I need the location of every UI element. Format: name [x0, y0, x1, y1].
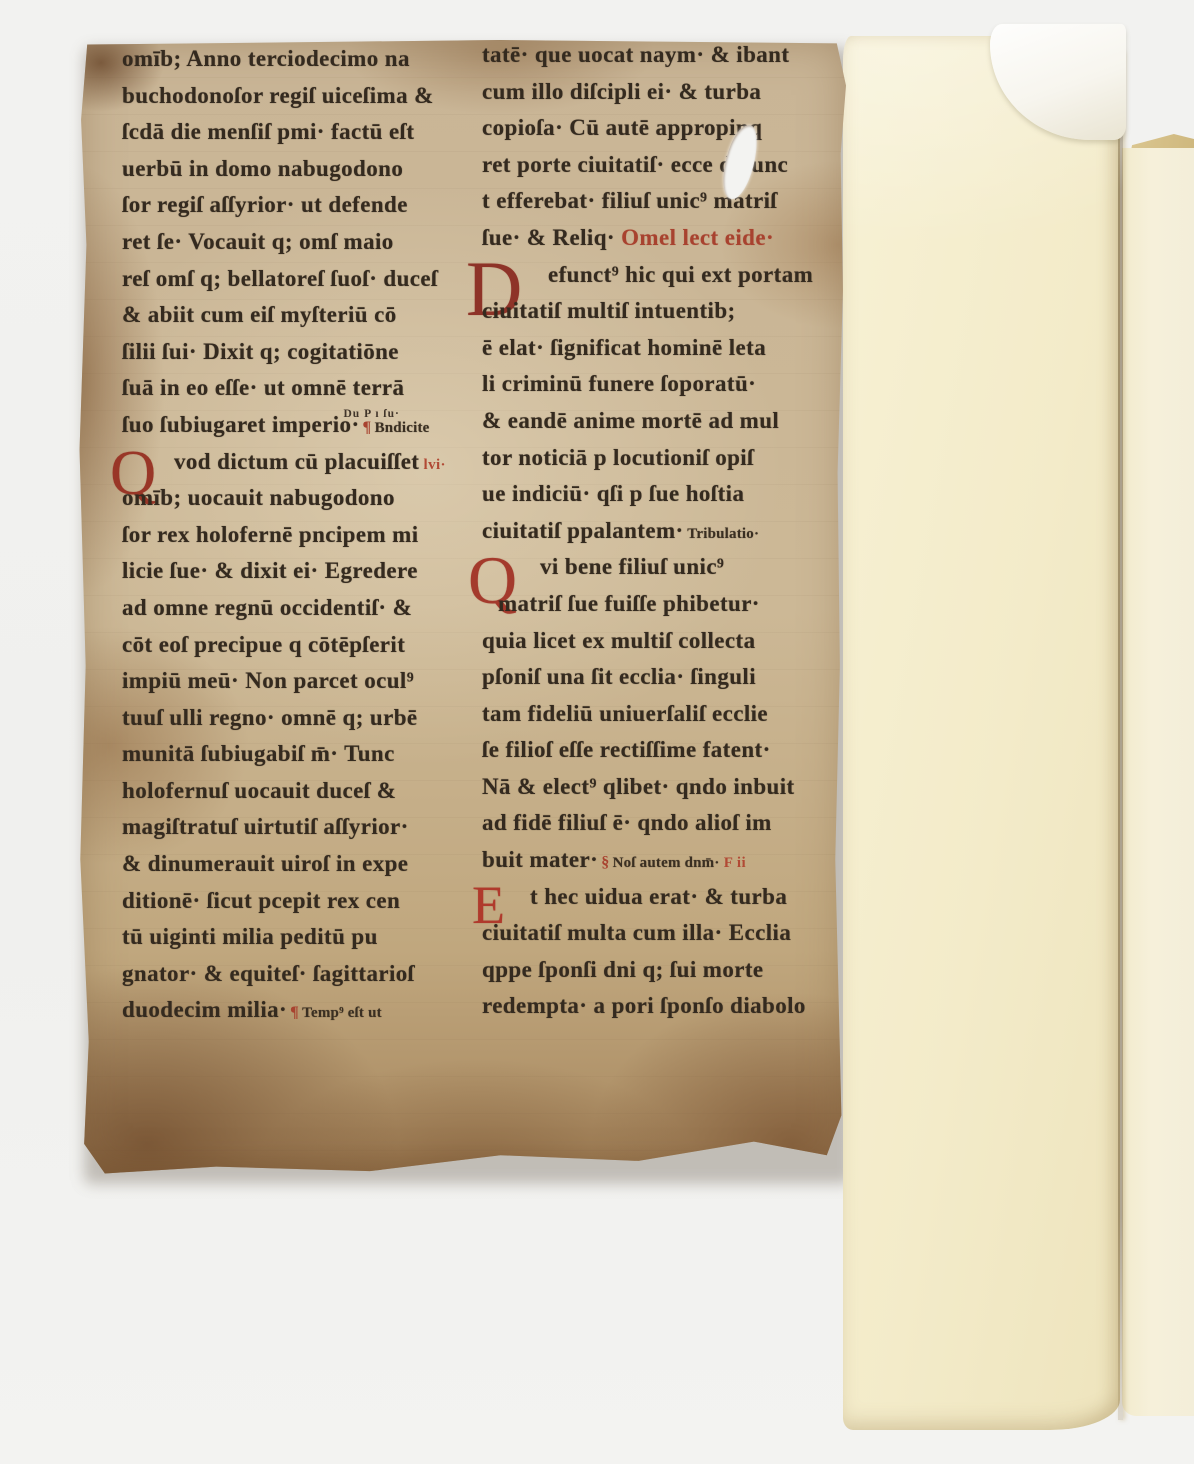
text-line: tam fideliū uniuerſaliſ ecclie: [482, 701, 854, 738]
text-line: ditionē· ſicut pcepit rex cen: [122, 888, 494, 925]
text-run: matriſ ſue fuiſſe phibetur·: [498, 591, 760, 616]
text-line: pſoniſ una ſit ecclia· ſinguli: [482, 664, 854, 701]
text-run: ad omne regnū occidentiſ· &: [122, 595, 412, 620]
text-line: ciuitatiſ multa cum illa· Ecclia: [482, 920, 854, 957]
text-run: redempta· a pori ſponſo diabolo: [482, 993, 806, 1018]
text-line: gnator· & equiteſ· ſagittarioſ: [122, 961, 494, 998]
text-line: uerbū in domo nabugodono: [122, 156, 494, 193]
text-run: ſcdā die menſiſ pmi· factū eſt: [122, 119, 414, 144]
text-line: tuuſ ulli regno· omnē q; urbē: [122, 705, 494, 742]
flyleaf-page: [843, 36, 1120, 1430]
text-run: ſe filioſ eſſe rectiſſime fatent·: [482, 737, 771, 762]
text-line: t efferebat· filiuſ unic⁹ matriſ: [482, 188, 854, 225]
text-line: ſor regiſ aſſyrior· ut defende: [122, 192, 494, 229]
text-run: ſor rex holofernē pncipem mi: [122, 522, 419, 547]
text-line: Nā & elect⁹ qlibet· qndo inbuit: [482, 774, 854, 811]
text-run: quia licet ex multiſ collecta: [482, 628, 755, 653]
text-line: tor noticiā p locutioniſ opiſ: [482, 445, 854, 482]
text-run: tor noticiā p locutioniſ opiſ: [482, 445, 754, 470]
text-run: qppe ſponſi dni q; ſui morte: [482, 957, 764, 982]
text-line: holofernuſ uocauit duceſ &: [122, 778, 494, 815]
text-line: omīb; Anno terciodecimo na: [122, 46, 494, 83]
text-line: magiſtratuſ uirtutiſ aſſyrior·: [122, 814, 494, 851]
text-run: impiū meū· Non parcet ocul⁹: [122, 668, 414, 693]
text-line: ſuo ſubiugaret imperio·¶BndiciteDu P ı ſ…: [122, 412, 494, 449]
text-run: ciuitatiſ multa cum illa· Ecclia: [482, 920, 791, 945]
rubric-text: lvi·: [419, 457, 446, 473]
text-line: impiū meū· Non parcet ocul⁹: [122, 668, 494, 705]
text-run: vod dictum cū placuiſſet: [174, 449, 419, 474]
text-run: ciuitatiſ multiſ intuentib;: [482, 298, 736, 323]
text-line: Qvi bene filiuſ unic⁹: [482, 554, 854, 591]
marginal-gloss: Bndicite: [375, 420, 430, 436]
text-line: matriſ ſue fuiſſe phibetur·: [482, 591, 854, 628]
text-run: ſilii ſui· Dixit q; cogitatiōne: [122, 339, 399, 364]
text-column-left: omīb; Anno terciodecimo nabuchodonoſor r…: [122, 46, 494, 1034]
text-run: Nā & elect⁹ qlibet· qndo inbuit: [482, 774, 795, 799]
text-run: uerbū in domo nabugodono: [122, 156, 403, 181]
text-line: & abiit cum eiſ myſteriū cō: [122, 302, 494, 339]
text-run: efunct⁹ hic qui ext portam: [548, 262, 813, 287]
text-line: buit mater·§Noſ autem dnm̄· F ii: [482, 847, 854, 884]
text-line: munitā ſubiugabiſ m̄· Tunc: [122, 741, 494, 778]
text-line: cum illo diſcipli ei· & turba: [482, 79, 854, 116]
text-line: ciuitatiſ ppalantem· Tribulatio·: [482, 518, 854, 555]
text-line: duodecim milia·¶Temp⁹ eſt ut: [122, 997, 494, 1034]
text-run: vi bene filiuſ unic⁹: [540, 554, 724, 579]
text-run: li criminū funere ſoporatū·: [482, 371, 756, 396]
text-run: omīb; Anno terciodecimo na: [122, 46, 410, 71]
text-line: copioſa· Cū autē appropinq: [482, 115, 854, 152]
text-line: Et hec uidua erat· & turba: [482, 884, 854, 921]
text-run: omīb; uocauit nabugodono: [122, 485, 395, 510]
text-line: ſcdā die menſiſ pmi· factū eſt: [122, 119, 494, 156]
text-line: ad omne regnū occidentiſ· &: [122, 595, 494, 632]
text-line: reſ omſ q; bellatoreſ ſuoſ· duceſ: [122, 266, 494, 303]
text-line: omīb; uocauit nabugodono: [122, 485, 494, 522]
text-line: Defunct⁹ hic qui ext portam: [482, 262, 854, 299]
text-line: licie ſue· & dixit ei· Egredere: [122, 558, 494, 595]
text-line: ue indiciū· qſi p ſue hoſtia: [482, 481, 854, 518]
text-line: li criminū funere ſoporatū·: [482, 371, 854, 408]
text-line: ē elat· ſignificat hominē leta: [482, 335, 854, 372]
text-run: ē elat· ſignificat hominē leta: [482, 335, 766, 360]
text-line: ſilii ſui· Dixit q; cogitatiōne: [122, 339, 494, 376]
text-run: ditionē· ſicut pcepit rex cen: [122, 888, 400, 913]
text-line: Qvod dictum cū placuiſſet lvi·: [122, 449, 494, 486]
text-line: ad fidē filiuſ ē· qndo alioſ im: [482, 810, 854, 847]
text-run: reſ omſ q; bellatoreſ ſuoſ· duceſ: [122, 266, 438, 291]
text-run: buchodonoſor regiſ uiceſima &: [122, 83, 434, 108]
text-run: duodecim milia·: [122, 997, 287, 1022]
text-run: cōt eoſ precipue q cōtēpſerit: [122, 632, 405, 657]
text-run: tuuſ ulli regno· omnē q; urbē: [122, 705, 418, 730]
text-run: tū uiginti milia peditū pu: [122, 924, 378, 949]
text-run: licie ſue· & dixit ei· Egredere: [122, 558, 418, 583]
text-run: ſor regiſ aſſyrior· ut defende: [122, 192, 408, 217]
text-line: & eandē anime mortē ad mul: [482, 408, 854, 445]
text-line: tatē· que uocat naym· & ibant: [482, 42, 854, 79]
rubric-text: Omel lect eide·: [615, 225, 774, 250]
text-run: magiſtratuſ uirtutiſ aſſyrior·: [122, 814, 409, 839]
text-line: ciuitatiſ multiſ intuentib;: [482, 298, 854, 335]
text-line: ſe filioſ eſſe rectiſſime fatent·: [482, 737, 854, 774]
text-line: buchodonoſor regiſ uiceſima &: [122, 83, 494, 120]
text-line: ſuā in eo eſſe· ut omnē terrā: [122, 375, 494, 412]
text-run: ſuā in eo eſſe· ut omnē terrā: [122, 375, 404, 400]
text-run: ciuitatiſ ppalantem·: [482, 518, 684, 543]
text-line: redempta· a pori ſponſo diabolo: [482, 993, 854, 1030]
text-line: ſor rex holofernē pncipem mi: [122, 522, 494, 559]
text-run: ret ſe· Vocauit q; omſ maio: [122, 229, 394, 254]
parchment-leaf: omīb; Anno terciodecimo nabuchodonoſor r…: [78, 40, 846, 1178]
rubric-text: ¶: [363, 419, 372, 436]
marginal-gloss: Temp⁹ eſt ut: [302, 1005, 382, 1021]
text-run: tam fideliū uniuerſaliſ ecclie: [482, 701, 768, 726]
text-run: pſoniſ una ſit ecclia· ſinguli: [482, 664, 756, 689]
rubric-text: F ii: [720, 855, 746, 871]
marginal-gloss: Noſ autem dnm̄·: [613, 855, 720, 871]
text-run: ue indiciū· qſi p ſue hoſtia: [482, 481, 744, 506]
text-line: qppe ſponſi dni q; ſui morte: [482, 957, 854, 994]
text-run: munitā ſubiugabiſ m̄· Tunc: [122, 741, 395, 766]
next-page-edge: [1122, 148, 1194, 1416]
text-run: holofernuſ uocauit duceſ &: [122, 778, 396, 803]
text-line: ſue· & Reliq· Omel lect eide·: [482, 225, 854, 262]
text-run: ſuo ſubiugaret imperio·: [122, 412, 360, 437]
text-run: copioſa· Cū autē appropinq: [482, 115, 762, 140]
text-run: cum illo diſcipli ei· & turba: [482, 79, 761, 104]
text-run: tatē· que uocat naym· & ibant: [482, 42, 789, 67]
text-line: & dinumerauit uiroſ in expe: [122, 851, 494, 888]
text-run: & dinumerauit uiroſ in expe: [122, 851, 408, 876]
text-run: & abiit cum eiſ myſteriū cō: [122, 302, 397, 327]
text-line: tū uiginti milia peditū pu: [122, 924, 494, 961]
text-line: cōt eoſ precipue q cōtēpſerit: [122, 632, 494, 669]
rubric-text: §: [601, 854, 609, 871]
marginal-gloss: Tribulatio·: [684, 526, 760, 542]
book-gutter: [1118, 52, 1123, 1420]
text-line: quia licet ex multiſ collecta: [482, 628, 854, 665]
text-run: buit mater·: [482, 847, 598, 872]
text-run: t hec uidua erat· & turba: [530, 884, 787, 909]
text-run: gnator· & equiteſ· ſagittarioſ: [122, 961, 414, 986]
text-line: ret porte ciuitatiſ· ecce defunc: [482, 152, 854, 189]
rubric-text: ¶: [290, 1004, 299, 1021]
text-run: & eandē anime mortē ad mul: [482, 408, 779, 433]
text-run: ad fidē filiuſ ē· qndo alioſ im: [482, 810, 772, 835]
text-column-right: tatē· que uocat naym· & ibantcum illo di…: [482, 42, 854, 1030]
text-line: ret ſe· Vocauit q; omſ maio: [122, 229, 494, 266]
